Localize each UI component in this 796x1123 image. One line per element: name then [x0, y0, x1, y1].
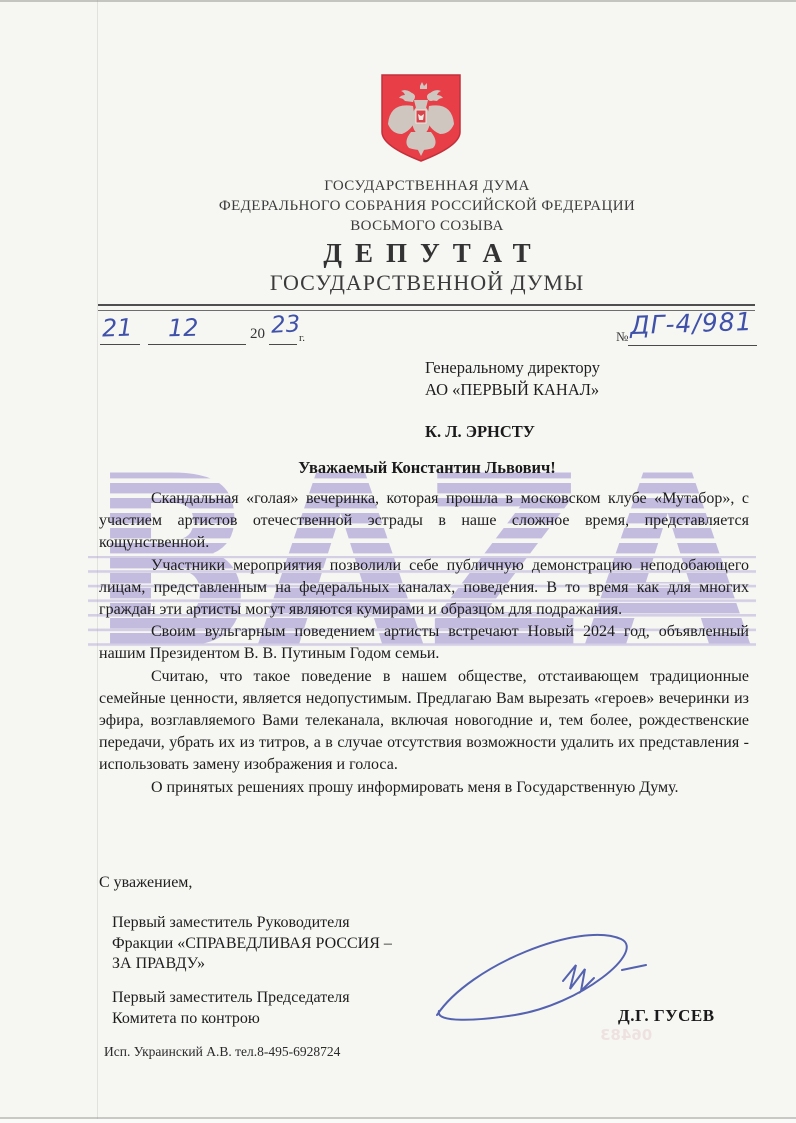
- signer-position-1-line1: Первый заместитель Руководителя: [112, 913, 442, 934]
- handwritten-day: 21: [102, 313, 134, 342]
- paragraph-2: Участники мероприятия позволили себе пуб…: [99, 555, 749, 622]
- recipient-line1: Генеральному директору: [425, 357, 755, 379]
- russian-coat-of-arms-icon: [378, 72, 464, 164]
- signer-position-2-line2: Комитета по контрою: [112, 1009, 442, 1030]
- handwritten-year: 23: [270, 311, 301, 338]
- header-subtitle-duma: ГОСУДАРСТВЕННОЙ ДУМЫ: [98, 270, 756, 296]
- recipient-name: К. Л. ЭРНСТУ: [425, 422, 535, 442]
- header-org-line3: ВОСЬМОГО СОЗЫВА: [98, 216, 756, 236]
- salutation: Уважаемый Константин Львович!: [98, 458, 756, 478]
- signer-position-1-line3: ЗА ПРАВДУ»: [112, 954, 442, 975]
- date-underline-day: [100, 344, 140, 345]
- recipient-block: Генеральному директору АО «ПЕРВЫЙ КАНАЛ»: [425, 357, 755, 401]
- number-sign-label: №: [616, 329, 628, 345]
- bleed-through-number: 06483: [600, 1026, 652, 1044]
- letter-body: Скандальная «голая» вечеринка, которая п…: [99, 488, 749, 799]
- number-underline: [628, 345, 757, 346]
- paragraph-4: Считаю, что такое поведение в нашем обще…: [99, 666, 749, 777]
- paragraph-1: Скандальная «голая» вечеринка, которая п…: [99, 488, 749, 555]
- executor-note: Исп. Украинский А.В. тел.8-495-6928724: [104, 1044, 340, 1060]
- page-fold-line: [97, 0, 98, 1123]
- signer-position-1-line2: Фракции «СПРАВЕДЛИВАЯ РОССИЯ –: [112, 934, 442, 955]
- signer-position-1: Первый заместитель Руководителя Фракции …: [112, 913, 442, 975]
- recipient-line2: АО «ПЕРВЫЙ КАНАЛ»: [425, 379, 755, 401]
- header-title-deputy: ДЕПУТАТ: [98, 238, 756, 269]
- signer-position-2: Первый заместитель Председателя Комитета…: [112, 988, 442, 1029]
- handwritten-month: 12: [168, 314, 199, 343]
- date-underline-month: [148, 344, 246, 345]
- header-org-line2: ФЕДЕРАЛЬНОГО СОБРАНИЯ РОССИЙСКОЙ ФЕДЕРАЦ…: [98, 196, 756, 216]
- scanned-letter-page: ГОСУДАРСТВЕННАЯ ДУМА ФЕДЕРАЛЬНОГО СОБРАН…: [0, 0, 796, 1123]
- date-underline-year: [269, 344, 297, 345]
- printed-year-suffix: г.: [299, 332, 305, 344]
- scan-edge-top: [0, 0, 796, 2]
- handwritten-doc-number: ДГ-4/981: [630, 307, 753, 340]
- printed-year-prefix: 20: [250, 326, 265, 343]
- signer-name: Д.Г. ГУСЕВ: [618, 1006, 715, 1026]
- signer-position-2-line1: Первый заместитель Председателя: [112, 988, 442, 1009]
- header-org-block: ГОСУДАРСТВЕННАЯ ДУМА ФЕДЕРАЛЬНОГО СОБРАН…: [98, 176, 756, 236]
- closing-phrase: С уважением,: [99, 874, 192, 892]
- header-org-line1: ГОСУДАРСТВЕННАЯ ДУМА: [98, 176, 756, 196]
- paragraph-5: О принятых решениях прошу информировать …: [99, 777, 749, 799]
- paragraph-3: Своим вульгарным поведением артисты встр…: [99, 621, 749, 665]
- scan-margin-bottom: [0, 1119, 796, 1123]
